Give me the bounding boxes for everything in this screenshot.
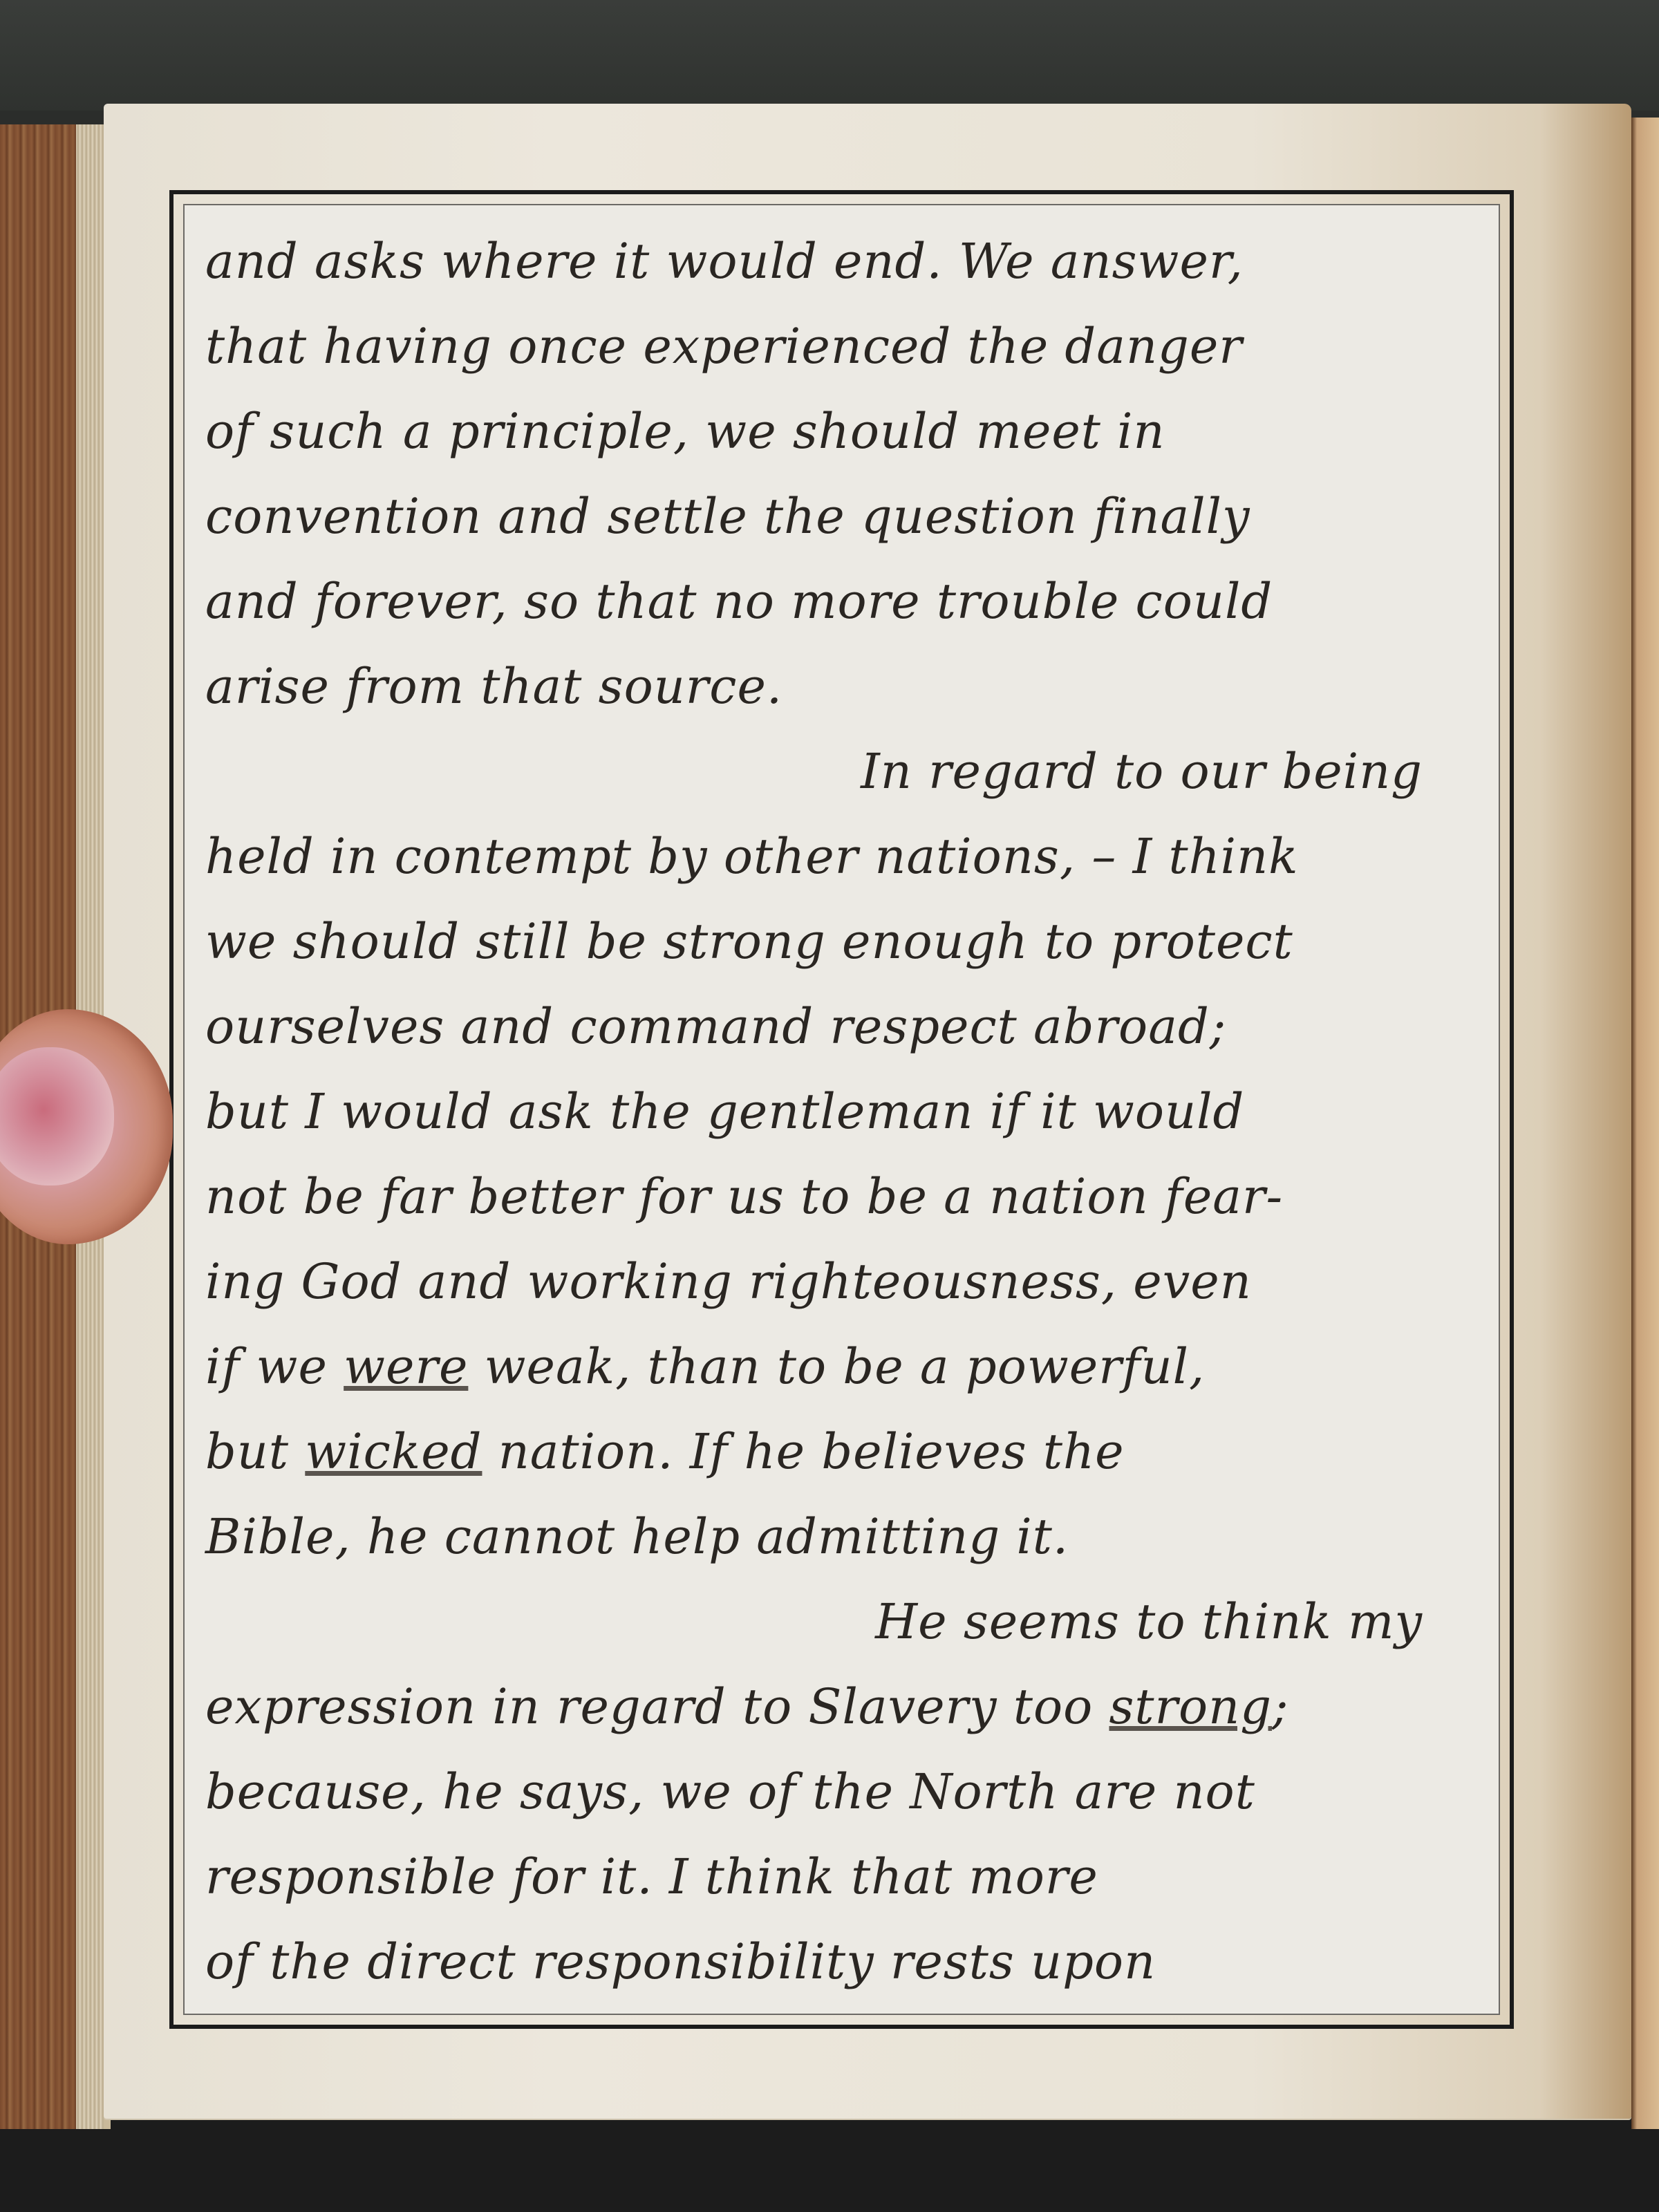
text-line: not be far better for us to be a nation …	[205, 1154, 1485, 1239]
thumbnail	[0, 1047, 114, 1185]
text-line: but I would ask the gentleman if it woul…	[205, 1069, 1485, 1154]
text-line-underlined: expression in regard to Slavery too stro…	[205, 1665, 1485, 1750]
text-line: and asks where it would end. We answer,	[205, 219, 1485, 304]
text-line: ing God and working righteousness, even	[205, 1239, 1485, 1324]
text-line-underlined: if we were weak, than to be a powerful,	[205, 1324, 1485, 1409]
background-bottom	[0, 2115, 1659, 2212]
text-line: because, he says, we of the North are no…	[205, 1750, 1485, 1835]
underlined-word: were	[344, 1338, 468, 1395]
page-inner-border: and asks where it would end. We answer, …	[183, 204, 1500, 2015]
text-line: we should still be strong enough to prot…	[205, 899, 1485, 984]
text-line: held in contempt by other nations, – I t…	[205, 814, 1485, 899]
text-line: of the direct responsibility rests upon	[205, 1920, 1485, 2005]
text-line: ourselves and command respect abroad;	[205, 984, 1485, 1069]
page-border-frame: and asks where it would end. We answer, …	[169, 190, 1514, 2029]
paragraph-start-line: In regard to our being	[205, 729, 1485, 814]
text-line: responsible for it. I think that more	[205, 1835, 1485, 1920]
paragraph-start-line: He seems to think my	[205, 1580, 1485, 1665]
text-line: of such a principle, we should meet in	[205, 389, 1485, 474]
text-line-underlined: but wicked nation. If he believes the	[205, 1409, 1485, 1494]
background-top	[0, 0, 1659, 111]
text-line: arise from that source.	[205, 644, 1485, 729]
underlined-word: wicked	[305, 1423, 482, 1480]
handwritten-text: and asks where it would end. We answer, …	[205, 219, 1485, 2005]
underlined-word: strong	[1109, 1678, 1272, 1735]
text-line: Bible, he cannot help admitting it.	[205, 1494, 1485, 1580]
next-page-edge	[1631, 118, 1659, 2129]
text-line: that having once experienced the danger	[205, 304, 1485, 389]
text-line: and forever, so that no more trouble cou…	[205, 559, 1485, 644]
text-line: convention and settle the question final…	[205, 474, 1485, 559]
